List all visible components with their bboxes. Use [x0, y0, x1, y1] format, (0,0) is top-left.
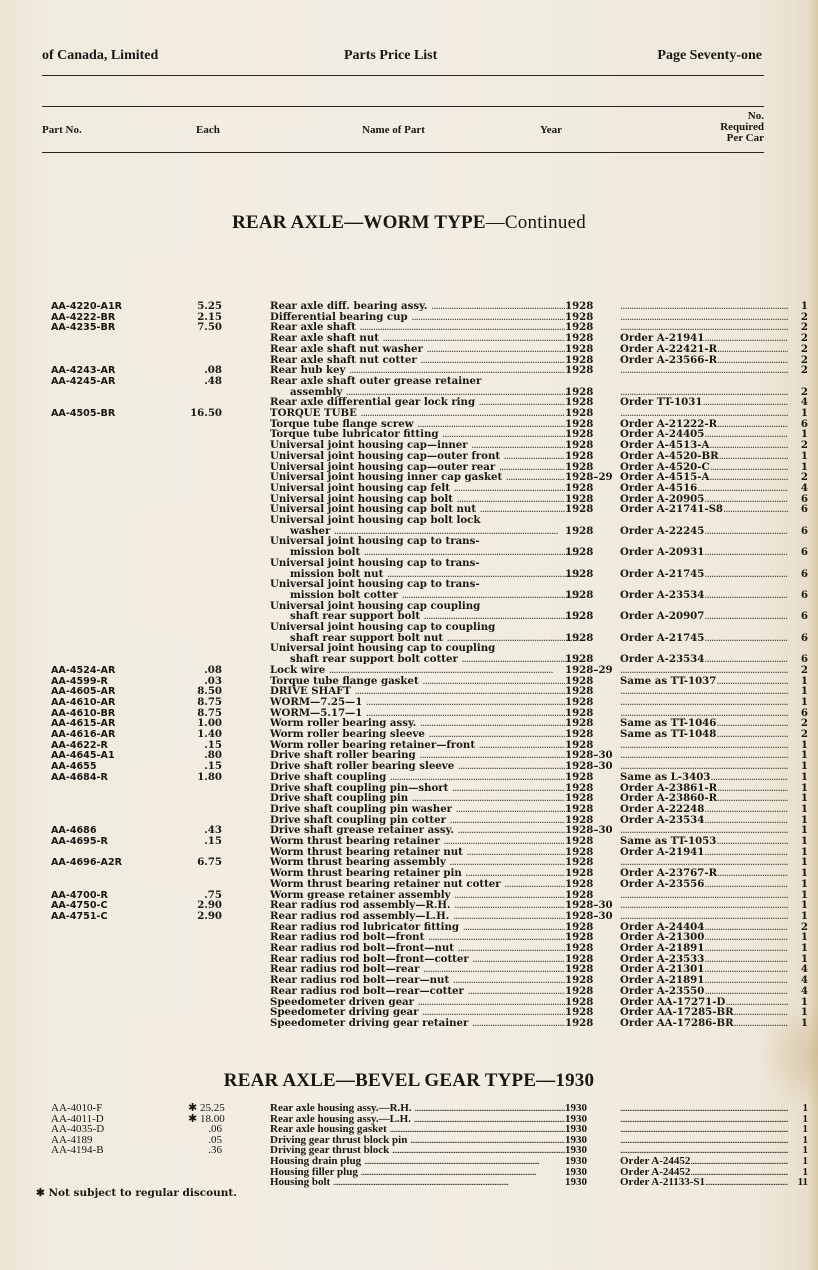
year: 1928	[565, 590, 593, 601]
order-reference: Same as TT-1037.........................…	[620, 676, 788, 687]
section-title-suffix: —Continued	[486, 212, 586, 233]
table-row: Universal joint housing cap bolt .......…	[0, 494, 818, 505]
order-reference-text: Order A-23767-R	[620, 868, 717, 879]
part-name: DRIVE SHAFT ............................…	[270, 686, 565, 697]
part-number: AA-4235-BR	[51, 322, 115, 333]
table-row: AA-4222-BR2.15Differential bearing cup .…	[0, 312, 818, 323]
price-each: 1.80	[188, 772, 222, 783]
dot-leader: ........................................…	[457, 494, 566, 505]
order-reference: Order A-22248...........................…	[620, 804, 788, 815]
order-reference: Order A-20931...........................…	[620, 547, 788, 558]
order-reference: ........................................…	[620, 750, 788, 761]
footnote-discount: ✱ Not subject to regular discount.	[36, 1187, 237, 1199]
dot-leader: ........................................…	[454, 890, 565, 901]
quantity-per-car: 6	[792, 569, 808, 580]
dot-leader: ........................................…	[453, 975, 565, 986]
part-name: Worm thrust bearing retainer pin .......…	[270, 868, 565, 879]
table-row: Rear radius rod bolt—rear—cotter .......…	[0, 986, 818, 997]
dot-leader: ........................................…	[716, 729, 788, 740]
part-name-continuation: shaft rear support bolt nut ............…	[290, 633, 585, 644]
part-name: WORM—7.25—1 ............................…	[270, 697, 565, 708]
dot-leader: ........................................…	[355, 686, 565, 697]
dot-leader: ........................................…	[734, 1007, 788, 1018]
part-name-text: WORM—5.17—1	[270, 708, 366, 719]
order-reference: ........................................…	[620, 665, 788, 676]
part-name: Rear radius rod assembly—R.H. ..........…	[270, 900, 565, 911]
part-name: Rear axle housing assy.—R.H. ...........…	[270, 1103, 565, 1114]
dot-leader: ........................................…	[704, 847, 788, 858]
running-head-page-number: Page Seventy-one	[657, 48, 762, 64]
part-name: Universal joint housing cap to coupling	[270, 643, 565, 654]
dot-leader: ........................................…	[349, 365, 565, 376]
part-name: Worm roller bearing retainer—front .....…	[270, 740, 565, 751]
part-name: Rear axle housing gasket ...............…	[270, 1124, 565, 1135]
dot-leader: ........................................…	[620, 408, 788, 419]
part-name: Worm thrust bearing retainer nut .......…	[270, 847, 565, 858]
year: 1928	[565, 365, 593, 376]
dot-leader: ........................................…	[463, 922, 565, 933]
part-name: Lock wire ..............................…	[270, 665, 565, 676]
part-name-text: Rear axle housing assy.—R.H.	[270, 1103, 414, 1114]
dot-leader: ........................................…	[423, 964, 565, 975]
part-name-text: mission bolt nut	[290, 569, 387, 580]
order-reference-text: Order A-21941	[620, 847, 704, 858]
part-name: Universal joint housing inner cap gasket…	[270, 472, 565, 483]
order-reference: ........................................…	[620, 911, 788, 922]
table-row: Universal joint housing cap—outer front …	[0, 451, 818, 462]
part-name: Universal joint housing cap coupling	[270, 601, 565, 612]
dot-leader: ........................................…	[704, 964, 788, 975]
dot-leader: ........................................…	[690, 1156, 788, 1167]
dot-leader: ........................................…	[419, 750, 565, 761]
order-reference: ........................................…	[620, 301, 788, 312]
dot-leader: ........................................…	[620, 911, 788, 922]
part-name-text: Worm roller bearing retainer—front	[270, 740, 479, 751]
quantity-per-car: 1	[792, 1018, 808, 1029]
dot-leader: ........................................…	[364, 1156, 539, 1167]
dot-leader: ........................................…	[420, 355, 565, 366]
dot-leader: ........................................…	[717, 355, 788, 366]
dot-leader: ........................................…	[704, 547, 788, 558]
order-reference: Order A-23566-R.........................…	[620, 355, 788, 366]
dot-leader: ........................................…	[402, 590, 585, 601]
part-name: Rear axle housing assy.—L.H. ...........…	[270, 1114, 565, 1125]
part-name: Drive shaft coupling pin cotter ........…	[270, 815, 565, 826]
part-name-text: Worm grease retainer assembly	[270, 890, 454, 901]
part-name-text: Rear axle housing gasket	[270, 1124, 390, 1135]
part-name: Worm roller bearing sleeve .............…	[270, 729, 565, 740]
order-reference-text: Order A-20931	[620, 547, 704, 558]
part-name: Housing bolt ...........................…	[270, 1177, 565, 1188]
price-list-page: of Canada, Limited Parts Price List Page…	[0, 0, 818, 1270]
part-name-text: Rear radius rod lubricator fitting	[270, 922, 463, 933]
dot-leader: ........................................…	[704, 590, 788, 601]
table-row: Universal joint housing cap felt .......…	[0, 483, 818, 494]
dot-leader: ........................................…	[725, 997, 788, 1008]
part-name-text: Rear axle shaft nut washer	[270, 344, 426, 355]
year: 1928	[565, 526, 593, 537]
dot-leader: ........................................…	[414, 1103, 565, 1114]
part-name: Speedometer driven gear ................…	[270, 997, 565, 1008]
dot-leader: ........................................…	[620, 900, 788, 911]
year: 1928	[565, 1018, 593, 1029]
part-number: AA-4686	[51, 825, 97, 836]
dot-leader: ........................................…	[620, 686, 788, 697]
part-name-continuation: mission bolt ...........................…	[290, 547, 585, 558]
price-each: 2.90	[188, 911, 222, 922]
order-reference: Order A-20907...........................…	[620, 611, 788, 622]
part-name-text: Speedometer driven gear	[270, 997, 418, 1008]
part-name: Torque tube flange screw ...............…	[270, 419, 565, 430]
order-reference-text: Order A-4520-C	[620, 462, 710, 473]
column-header-part-no: Part No.	[42, 124, 82, 136]
order-reference: ........................................…	[620, 900, 788, 911]
part-number: AA-4505-BR	[51, 408, 115, 419]
part-number: AA-4684-R	[51, 772, 108, 783]
table-row: Worm thrust bearing retainer nut cotter …	[0, 879, 818, 890]
order-reference-text: Order A-4520-BR	[620, 451, 719, 462]
order-reference: ........................................…	[620, 387, 788, 398]
dot-leader: ........................................…	[420, 718, 565, 729]
dot-leader: ........................................…	[346, 387, 570, 398]
dot-leader: ........................................…	[426, 344, 565, 355]
table-row: Housing filler plug ....................…	[0, 1167, 818, 1178]
dot-leader: ........................................…	[382, 333, 565, 344]
part-number: AA-4700-R	[51, 890, 108, 901]
part-name-text: Universal joint housing cap bolt nut	[270, 504, 480, 515]
table-row: AA-4524-AR.08Lock wire .................…	[0, 665, 818, 676]
column-header-required-per-car: No. Required Per Car	[684, 111, 764, 144]
dot-leader: ........................................…	[704, 954, 788, 965]
year: 1928	[565, 504, 593, 515]
year: 1928	[565, 611, 593, 622]
part-name-continuation: shaft rear support bolt ................…	[290, 611, 585, 622]
part-name: Rear radius rod bolt—rear—nut ..........…	[270, 975, 565, 986]
order-reference-text: Order A-24452	[620, 1167, 690, 1178]
part-name: Driving gear thrust block ..............…	[270, 1145, 565, 1156]
dot-leader: ........................................…	[454, 900, 565, 911]
order-reference-text: Order A-24405	[620, 429, 704, 440]
order-reference: Order A-23861-R.........................…	[620, 783, 788, 794]
order-reference: Order A-4513-A..........................…	[620, 440, 788, 451]
part-name: Drive shaft roller bearing .............…	[270, 750, 565, 761]
part-name-text: Worm thrust bearing retainer	[270, 836, 443, 847]
order-reference-text: Same as TT-1046	[620, 718, 716, 729]
column-headers: Part No. Each Name of Part Year No. Requ…	[42, 108, 764, 150]
part-name: Universal joint housing cap bolt nut ...…	[270, 504, 565, 515]
part-name-text: Rear radius rod bolt—rear—nut	[270, 975, 453, 986]
price-each: .36	[188, 1145, 222, 1156]
part-name-text: mission bolt	[290, 547, 364, 558]
part-name-text: Housing bolt	[270, 1177, 333, 1188]
order-reference: Order AA-17286-BR.......................…	[620, 1018, 788, 1029]
table-row: Rear radius rod lubricator fitting .....…	[0, 922, 818, 933]
table-row-continuation: mission bolt ...........................…	[0, 547, 818, 558]
part-name: Rear radius rod bolt—rear ..............…	[270, 964, 565, 975]
order-reference: Order A-23533...........................…	[620, 954, 788, 965]
order-reference: Order A-23534...........................…	[620, 654, 788, 665]
order-reference: Order A-21222-R.........................…	[620, 419, 788, 430]
part-name-text: WORM—7.25—1	[270, 697, 366, 708]
dot-leader: ........................................…	[704, 429, 788, 440]
dot-leader: ........................................…	[392, 1145, 565, 1156]
dot-leader: ........................................…	[620, 1103, 788, 1114]
dot-leader: ........................................…	[702, 397, 788, 408]
order-reference: Order A-23550...........................…	[620, 986, 788, 997]
table-row: Universal joint housing inner cap gasket…	[0, 472, 818, 483]
part-name: Rear axle shaft nut ....................…	[270, 333, 565, 344]
order-reference-text: Order A-21300	[620, 932, 704, 943]
order-reference-text: Order A-4515-A	[620, 472, 709, 483]
part-name-text: Rear axle diff. bearing assy.	[270, 301, 431, 312]
part-number: AA-4616-AR	[51, 729, 115, 740]
part-name: Housing drain plug .....................…	[270, 1156, 565, 1167]
part-name-text: Rear axle shaft nut cotter	[270, 355, 420, 366]
part-name: Universal joint housing cap to trans-	[270, 579, 565, 590]
table-row: Rear radius rod bolt—rear ..............…	[0, 964, 818, 975]
table-row: Universal joint housing cap bolt nut ...…	[0, 504, 818, 515]
dot-leader: ........................................…	[329, 665, 553, 676]
order-reference: Order A-23767-R.........................…	[620, 868, 788, 879]
table-row: AA-4700-R.75Worm grease retainer assembl…	[0, 890, 818, 901]
order-reference-text: Order A-4513-A	[620, 440, 709, 451]
table-row: Drive shaft coupling pin cotter ........…	[0, 815, 818, 826]
order-reference: Order A-4520-BR.........................…	[620, 451, 788, 462]
table-row-continuation: assembly ...............................…	[0, 387, 818, 398]
part-name-text: Worm thrust bearing assembly	[270, 857, 449, 868]
table-row: Rear axle shaft nut cotter .............…	[0, 355, 818, 366]
price-each: 6.75	[188, 857, 222, 868]
dot-leader: ........................................…	[704, 654, 788, 665]
part-name-text: Drive shaft coupling pin—short	[270, 783, 452, 794]
part-name-text: Universal joint housing cap bolt	[270, 494, 457, 505]
dot-leader: ........................................…	[704, 804, 788, 815]
dot-leader: ........................................…	[361, 1167, 536, 1178]
table-row: Worm thrust bearing retainer nut .......…	[0, 847, 818, 858]
part-name-text: Lock wire	[270, 665, 329, 676]
dot-leader: ........................................…	[504, 451, 565, 462]
part-number: AA-4245-AR	[51, 376, 115, 387]
part-name: Universal joint housing cap felt .......…	[270, 483, 565, 494]
dot-leader: ........................................…	[704, 633, 788, 644]
part-name-text: Speedometer driving gear retainer	[270, 1018, 472, 1029]
dot-leader: ........................................…	[471, 440, 565, 451]
order-reference: Same as TT-1053.........................…	[620, 836, 788, 847]
part-name: Rear axle shaft ........................…	[270, 322, 565, 333]
table-row: Rear radius rod bolt—front—cotter ......…	[0, 954, 818, 965]
order-reference: ........................................…	[620, 761, 788, 772]
part-name-text: Worm thrust bearing retainer pin	[270, 868, 465, 879]
order-reference-text: Order A-23860-R	[620, 793, 717, 804]
order-reference: Order AA-17285-BR.......................…	[620, 1007, 788, 1018]
order-reference: ........................................…	[620, 1135, 788, 1146]
order-reference-text: Order A-21891	[620, 975, 704, 986]
dot-leader: ........................................…	[418, 997, 565, 1008]
dot-leader: ........................................…	[620, 761, 788, 772]
part-name-text: Rear radius rod bolt—rear—cotter	[270, 986, 467, 997]
part-number: AA-4695-R	[51, 836, 108, 847]
order-reference: ........................................…	[620, 312, 788, 323]
part-name-text: Rear radius rod assembly—L.H.	[270, 911, 453, 922]
order-reference-text: Same as TT-1037	[620, 676, 716, 687]
dot-leader: ........................................…	[465, 868, 565, 879]
dot-leader: ........................................…	[620, 1124, 788, 1135]
part-name-text: Rear axle differential gear lock ring	[270, 397, 479, 408]
part-name: Differential bearing cup ...............…	[270, 312, 565, 323]
dot-leader: ........................................…	[717, 344, 788, 355]
order-reference: ........................................…	[620, 1114, 788, 1125]
table-row: Universal joint housing cap coupling	[0, 601, 818, 612]
order-reference-text: Order A-21745	[620, 633, 704, 644]
dot-leader: ........................................…	[412, 793, 565, 804]
part-name: Universal joint housing cap to trans-	[270, 536, 565, 547]
part-number: AA-4599-R	[51, 676, 108, 687]
part-number: AA-4645-A1	[51, 750, 115, 761]
order-reference: ........................................…	[620, 1145, 788, 1156]
part-name-text: Worm thrust bearing retainer nut cotter	[270, 879, 504, 890]
order-reference-text: Same as TT-1048	[620, 729, 716, 740]
order-reference-text: Order AA-17285-BR	[620, 1007, 734, 1018]
dot-leader: ........................................…	[411, 312, 565, 323]
part-number: AA-4655	[51, 761, 97, 772]
order-reference: Order A-4515-A..........................…	[620, 472, 788, 483]
part-name-text: DRIVE SHAFT	[270, 686, 355, 697]
quantity-per-car: 6	[792, 611, 808, 622]
part-name-text: Drive shaft coupling pin	[270, 793, 412, 804]
part-number: AA-4750-C	[51, 900, 108, 911]
part-name-continuation: assembly ...............................…	[290, 387, 585, 398]
part-name-text: shaft rear support bolt nut	[290, 633, 447, 644]
dot-leader: ........................................…	[704, 975, 788, 986]
dot-leader: ........................................…	[431, 301, 565, 312]
table-row: Rear radius rod bolt—rear—nut ..........…	[0, 975, 818, 986]
part-name-text: Driving gear thrust block	[270, 1145, 392, 1156]
table-row: Speedometer driven gear ................…	[0, 997, 818, 1008]
order-reference-text: Order A-21133-S1	[620, 1177, 705, 1188]
part-name-text: Rear hub key	[270, 365, 349, 376]
part-name-text: Universal joint housing cap—inner	[270, 440, 471, 451]
part-name: Torque tube flange gasket ..............…	[270, 676, 565, 687]
running-head-title: Parts Price List	[344, 48, 437, 64]
dot-leader: ........................................…	[704, 611, 788, 622]
order-reference-text: Order A-21301	[620, 964, 704, 975]
order-reference-text: Order A-21745	[620, 569, 704, 580]
part-number: AA-4524-AR	[51, 665, 115, 676]
part-name-text: Rear axle shaft nut	[270, 333, 382, 344]
order-reference: Order A-21301...........................…	[620, 964, 788, 975]
order-reference-text: Order A-23556	[620, 879, 704, 890]
part-name: Rear hub key ...........................…	[270, 365, 565, 376]
dot-leader: ........................................…	[620, 708, 788, 719]
part-name-text: Rear radius rod assembly—R.H.	[270, 900, 454, 911]
part-name-text: Drive shaft coupling pin cotter	[270, 815, 450, 826]
column-header-bottom-rule	[42, 152, 764, 153]
order-reference-text: Order A-21941	[620, 333, 704, 344]
part-name-continuation: shaft rear support bolt cotter .........…	[290, 654, 585, 665]
table-row: Universal joint housing cap to trans-	[0, 579, 818, 590]
part-name: Driving gear thrust block pin ..........…	[270, 1135, 565, 1146]
dot-leader: ........................................…	[499, 462, 565, 473]
order-reference: ........................................…	[620, 857, 788, 868]
price-each: 7.50	[188, 322, 222, 333]
table-row: Speedometer driving gear retainer ......…	[0, 1018, 818, 1029]
dot-leader: ........................................…	[620, 1145, 788, 1156]
part-name: Universal joint housing cap—inner ......…	[270, 440, 565, 451]
dot-leader: ........................................…	[704, 922, 788, 933]
order-reference: Order A-23534...........................…	[620, 815, 788, 826]
order-reference: ........................................…	[620, 1103, 788, 1114]
part-name-text: Universal joint housing cap felt	[270, 483, 453, 494]
part-name-text: Universal joint housing cap—outer front	[270, 451, 504, 462]
dot-leader: ........................................…	[449, 857, 565, 868]
part-name-text: Worm thrust bearing retainer nut	[270, 847, 466, 858]
part-name: Torque tube lubricator fitting .........…	[270, 429, 565, 440]
table-row: AA-4750-C2.90Rear radius rod assembly—R.…	[0, 900, 818, 911]
dot-leader: ........................................…	[466, 847, 565, 858]
table-row: AA-4655.15Drive shaft roller bearing sle…	[0, 761, 818, 772]
part-name: Drive shaft coupling pin—short .........…	[270, 783, 565, 794]
part-name-text: mission bolt cotter	[290, 590, 402, 601]
dot-leader: ........................................…	[390, 772, 565, 783]
order-reference: Same as TT-1048.........................…	[620, 729, 788, 740]
year: 1928	[565, 633, 593, 644]
dot-leader: ........................................…	[705, 1177, 788, 1188]
dot-leader: ........................................…	[452, 783, 565, 794]
part-name: Universal joint housing cap to coupling	[270, 622, 565, 633]
order-reference: Order A-24452...........................…	[620, 1167, 788, 1178]
part-name-text: shaft rear support bolt cotter	[290, 654, 461, 665]
part-name-text: Rear radius rod bolt—front—nut	[270, 943, 458, 954]
part-name-text: assembly	[290, 387, 346, 398]
part-name: Rear axle shaft nut cotter .............…	[270, 355, 565, 366]
dot-leader: ........................................…	[709, 440, 788, 451]
table-row: Universal joint housing cap to coupling	[0, 622, 818, 633]
table-row: AA-4610-BR8.75WORM—5.17—1 ..............…	[0, 708, 818, 719]
dot-leader: ........................................…	[333, 1177, 508, 1188]
part-name-continuation: mission bolt nut .......................…	[290, 569, 585, 580]
order-reference-text: Order A-21891	[620, 943, 704, 954]
order-reference: Order A-24404...........................…	[620, 922, 788, 933]
dot-leader: ........................................…	[506, 472, 565, 483]
dot-leader: ........................................…	[710, 462, 788, 473]
price-each: .15	[188, 836, 222, 847]
part-name: Speedometer driving gear ...............…	[270, 1007, 565, 1018]
part-name-continuation: mission bolt cotter ....................…	[290, 590, 585, 601]
dot-leader: ........................................…	[472, 954, 565, 965]
table-row: Universal joint housing cap—inner ......…	[0, 440, 818, 451]
year: 1928	[565, 569, 593, 580]
part-number: AA-4696-A2R	[51, 857, 122, 868]
table-row: AA-4605-AR8.50DRIVE SHAFT ..............…	[0, 686, 818, 697]
order-reference: Same as TT-1046.........................…	[620, 718, 788, 729]
order-reference: ........................................…	[620, 365, 788, 376]
order-reference: Order A-23534...........................…	[620, 590, 788, 601]
table-row-continuation: washer .................................…	[0, 526, 818, 537]
order-reference: ........................................…	[620, 740, 788, 751]
dot-leader: ........................................…	[704, 569, 788, 580]
running-head: of Canada, Limited Parts Price List Page…	[42, 48, 762, 68]
part-name-text: Rear axle housing assy.—L.H.	[270, 1114, 414, 1125]
part-name: Drive shaft coupling ...................…	[270, 772, 565, 783]
part-name-text: Drive shaft grease retainer assy.	[270, 825, 457, 836]
table-row: Drive shaft coupling pin washer ........…	[0, 804, 818, 815]
order-reference-text: Order A-22245	[620, 526, 704, 537]
dot-leader: ........................................…	[422, 676, 565, 687]
order-reference: Order A-22245...........................…	[620, 526, 788, 537]
table-row: Housing drain plug .....................…	[0, 1156, 818, 1167]
table-row: AA-4505-BR16.50TORQUE TUBE .............…	[0, 408, 818, 419]
table-row: AA-4245-AR.48Rear axle shaft outer greas…	[0, 376, 818, 387]
